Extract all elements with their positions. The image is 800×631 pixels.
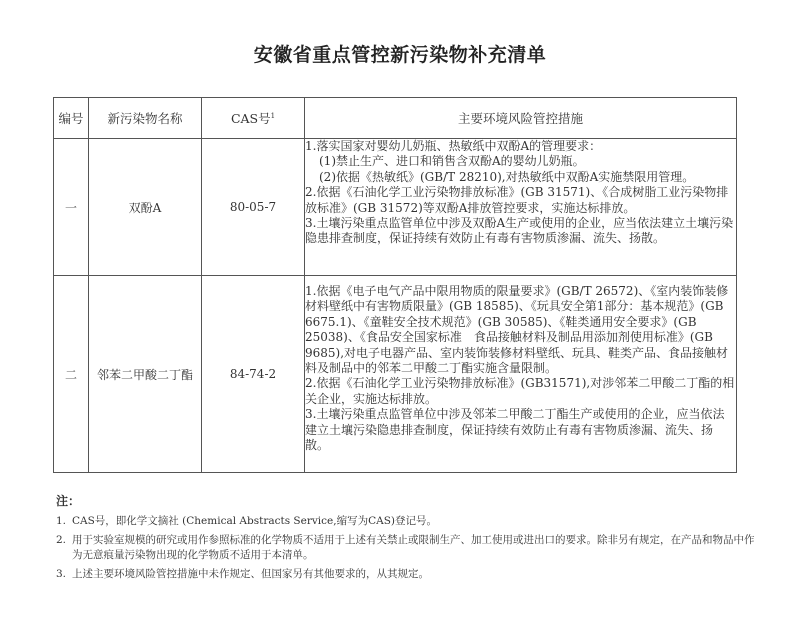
row-number: 一 (54, 139, 89, 276)
notes-title: 注： (56, 494, 756, 509)
header-cas-label: CAS号 (231, 111, 271, 126)
note-text: 用于实验室规模的研究或用作参照标准的化学物质不适用于上述有关禁止或限制生产、加工… (72, 533, 756, 563)
row-cas-number: 80-05-7 (202, 139, 305, 276)
measure-item: 2.依据《石油化学工业污染物排放标准》(GB31571),对涉邻苯二甲酸二丁酯的… (305, 376, 736, 407)
document-title: 安徽省重点管控新污染物补充清单 (0, 40, 800, 67)
header-number: 编号 (54, 98, 89, 139)
header-cas: CAS号1 (202, 98, 305, 139)
measure-subitem: (1)禁止生产、进口和销售含双酚A的婴幼儿奶瓶。 (305, 154, 736, 169)
note-item: 1. CAS号，即化学文摘社 (Chemical Abstracts Servi… (56, 514, 756, 529)
notes-section: 注： 1. CAS号，即化学文摘社 (Chemical Abstracts Se… (56, 494, 756, 586)
note-number: 3. (56, 567, 72, 582)
note-number: 1. (56, 514, 72, 529)
note-item: 3. 上述主要环境风险管控措施中未作规定、但国家另有其他要求的，从其规定。 (56, 567, 756, 582)
note-text: CAS号，即化学文摘社 (Chemical Abstracts Service,… (72, 514, 756, 529)
header-measures: 主要环境风险管控措施 (305, 98, 737, 139)
row-pollutant-name: 邻苯二甲酸二丁酯 (89, 276, 202, 473)
table-header-row: 编号 新污染物名称 CAS号1 主要环境风险管控措施 (54, 98, 737, 139)
table-row: 一 双酚A 80-05-7 1.落实国家对婴幼儿奶瓶、热敏纸中双酚A的管理要求：… (54, 139, 737, 276)
row-measures: 1.依据《电子电气产品中限用物质的限量要求》(GB/T 26572)、《室内装饰… (305, 276, 737, 473)
measure-subitem: (2)依据《热敏纸》(GB/T 28210),对热敏纸中双酚A实施禁限用管理。 (305, 170, 736, 185)
measure-item: 3.土壤污染重点监管单位中涉及邻苯二甲酸二丁酯生产或使用的企业，应当依法建立土壤… (305, 407, 736, 453)
header-name: 新污染物名称 (89, 98, 202, 139)
row-cas-number: 84-74-2 (202, 276, 305, 473)
table-row: 二 邻苯二甲酸二丁酯 84-74-2 1.依据《电子电气产品中限用物质的限量要求… (54, 276, 737, 473)
pollutant-table: 编号 新污染物名称 CAS号1 主要环境风险管控措施 一 双酚A 80-05-7… (53, 97, 737, 473)
row-number: 二 (54, 276, 89, 473)
header-cas-footnote: 1 (271, 112, 275, 120)
note-item: 2. 用于实验室规模的研究或用作参照标准的化学物质不适用于上述有关禁止或限制生产… (56, 533, 756, 563)
note-text: 上述主要环境风险管控措施中未作规定、但国家另有其他要求的，从其规定。 (72, 567, 756, 582)
measure-item: 1.落实国家对婴幼儿奶瓶、热敏纸中双酚A的管理要求： (305, 139, 736, 154)
row-measures: 1.落实国家对婴幼儿奶瓶、热敏纸中双酚A的管理要求： (1)禁止生产、进口和销售… (305, 139, 737, 276)
measure-item: 3.土壤污染重点监管单位中涉及双酚A生产或使用的企业，应当依法建立土壤污染隐患排… (305, 216, 736, 247)
row-pollutant-name: 双酚A (89, 139, 202, 276)
note-number: 2. (56, 533, 72, 563)
measure-item: 1.依据《电子电气产品中限用物质的限量要求》(GB/T 26572)、《室内装饰… (305, 284, 736, 376)
measure-item: 2.依据《石油化学工业污染物排放标准》(GB 31571)、《合成树脂工业污染物… (305, 185, 736, 216)
